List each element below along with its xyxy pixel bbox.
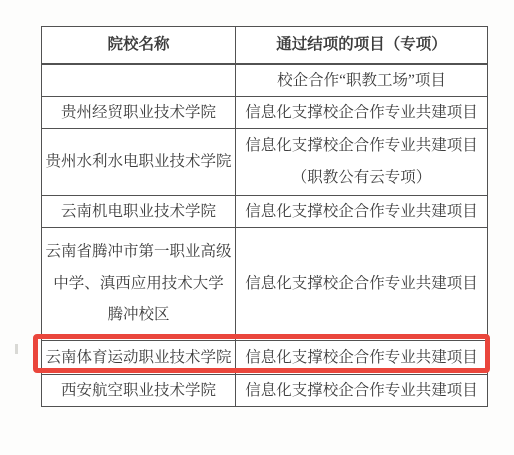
- table-row-highlighted: 云南体育运动职业技术学院 信息化支撑校企合作专业共建项目: [42, 340, 488, 374]
- table-row: 贵州水利水电职业技术学院 信息化支撑校企合作专业共建项目 （职教公有云专项）: [42, 128, 488, 195]
- institution-cell: 西安航空职业技术学院: [42, 374, 236, 406]
- project-cell: 信息化支撑校企合作专业共建项目: [236, 195, 488, 227]
- project-cell: 信息化支撑校企合作专业共建项目: [236, 227, 488, 340]
- institution-cell: [42, 64, 236, 97]
- table-row: 贵州经贸职业技术学院 信息化支撑校企合作专业共建项目: [42, 96, 488, 128]
- institution-cell: 云南省腾冲市第一职业高级 中学、滇西应用技术大学 腾冲校区: [42, 227, 236, 340]
- institution-cell: 贵州经贸职业技术学院: [42, 96, 236, 128]
- project-cell: 校企合作“职教工场”项目: [236, 64, 488, 97]
- table-row: 云南机电职业技术学院 信息化支撑校企合作专业共建项目: [42, 195, 488, 227]
- project-cell: 信息化支撑校企合作专业共建项目: [236, 340, 488, 374]
- table-row: 西安航空职业技术学院 信息化支撑校企合作专业共建项目: [42, 374, 488, 406]
- table-header-row: 院校名称 通过结项的项目（专项）: [42, 27, 488, 64]
- table-row: 云南省腾冲市第一职业高级 中学、滇西应用技术大学 腾冲校区 信息化支撑校企合作专…: [42, 227, 488, 340]
- header-cell-institution: 院校名称: [42, 27, 236, 64]
- institution-cell: 贵州水利水电职业技术学院: [42, 128, 236, 195]
- header-cell-project: 通过结项的项目（专项）: [236, 27, 488, 64]
- table-row: 校企合作“职教工场”项目: [42, 64, 488, 97]
- scan-artifact: [15, 344, 18, 354]
- project-cell: 信息化支撑校企合作专业共建项目: [236, 96, 488, 128]
- project-cell: 信息化支撑校企合作专业共建项目: [236, 374, 488, 406]
- institution-cell: 云南体育运动职业技术学院: [42, 340, 236, 374]
- scanned-document-page: 院校名称 通过结项的项目（专项） 校企合作“职教工场”项目 贵州经贸职业技术学院…: [0, 0, 514, 455]
- project-cell: 信息化支撑校企合作专业共建项目 （职教公有云专项）: [236, 128, 488, 195]
- institution-cell: 云南机电职业技术学院: [42, 195, 236, 227]
- project-results-table: 院校名称 通过结项的项目（专项） 校企合作“职教工场”项目 贵州经贸职业技术学院…: [41, 26, 488, 407]
